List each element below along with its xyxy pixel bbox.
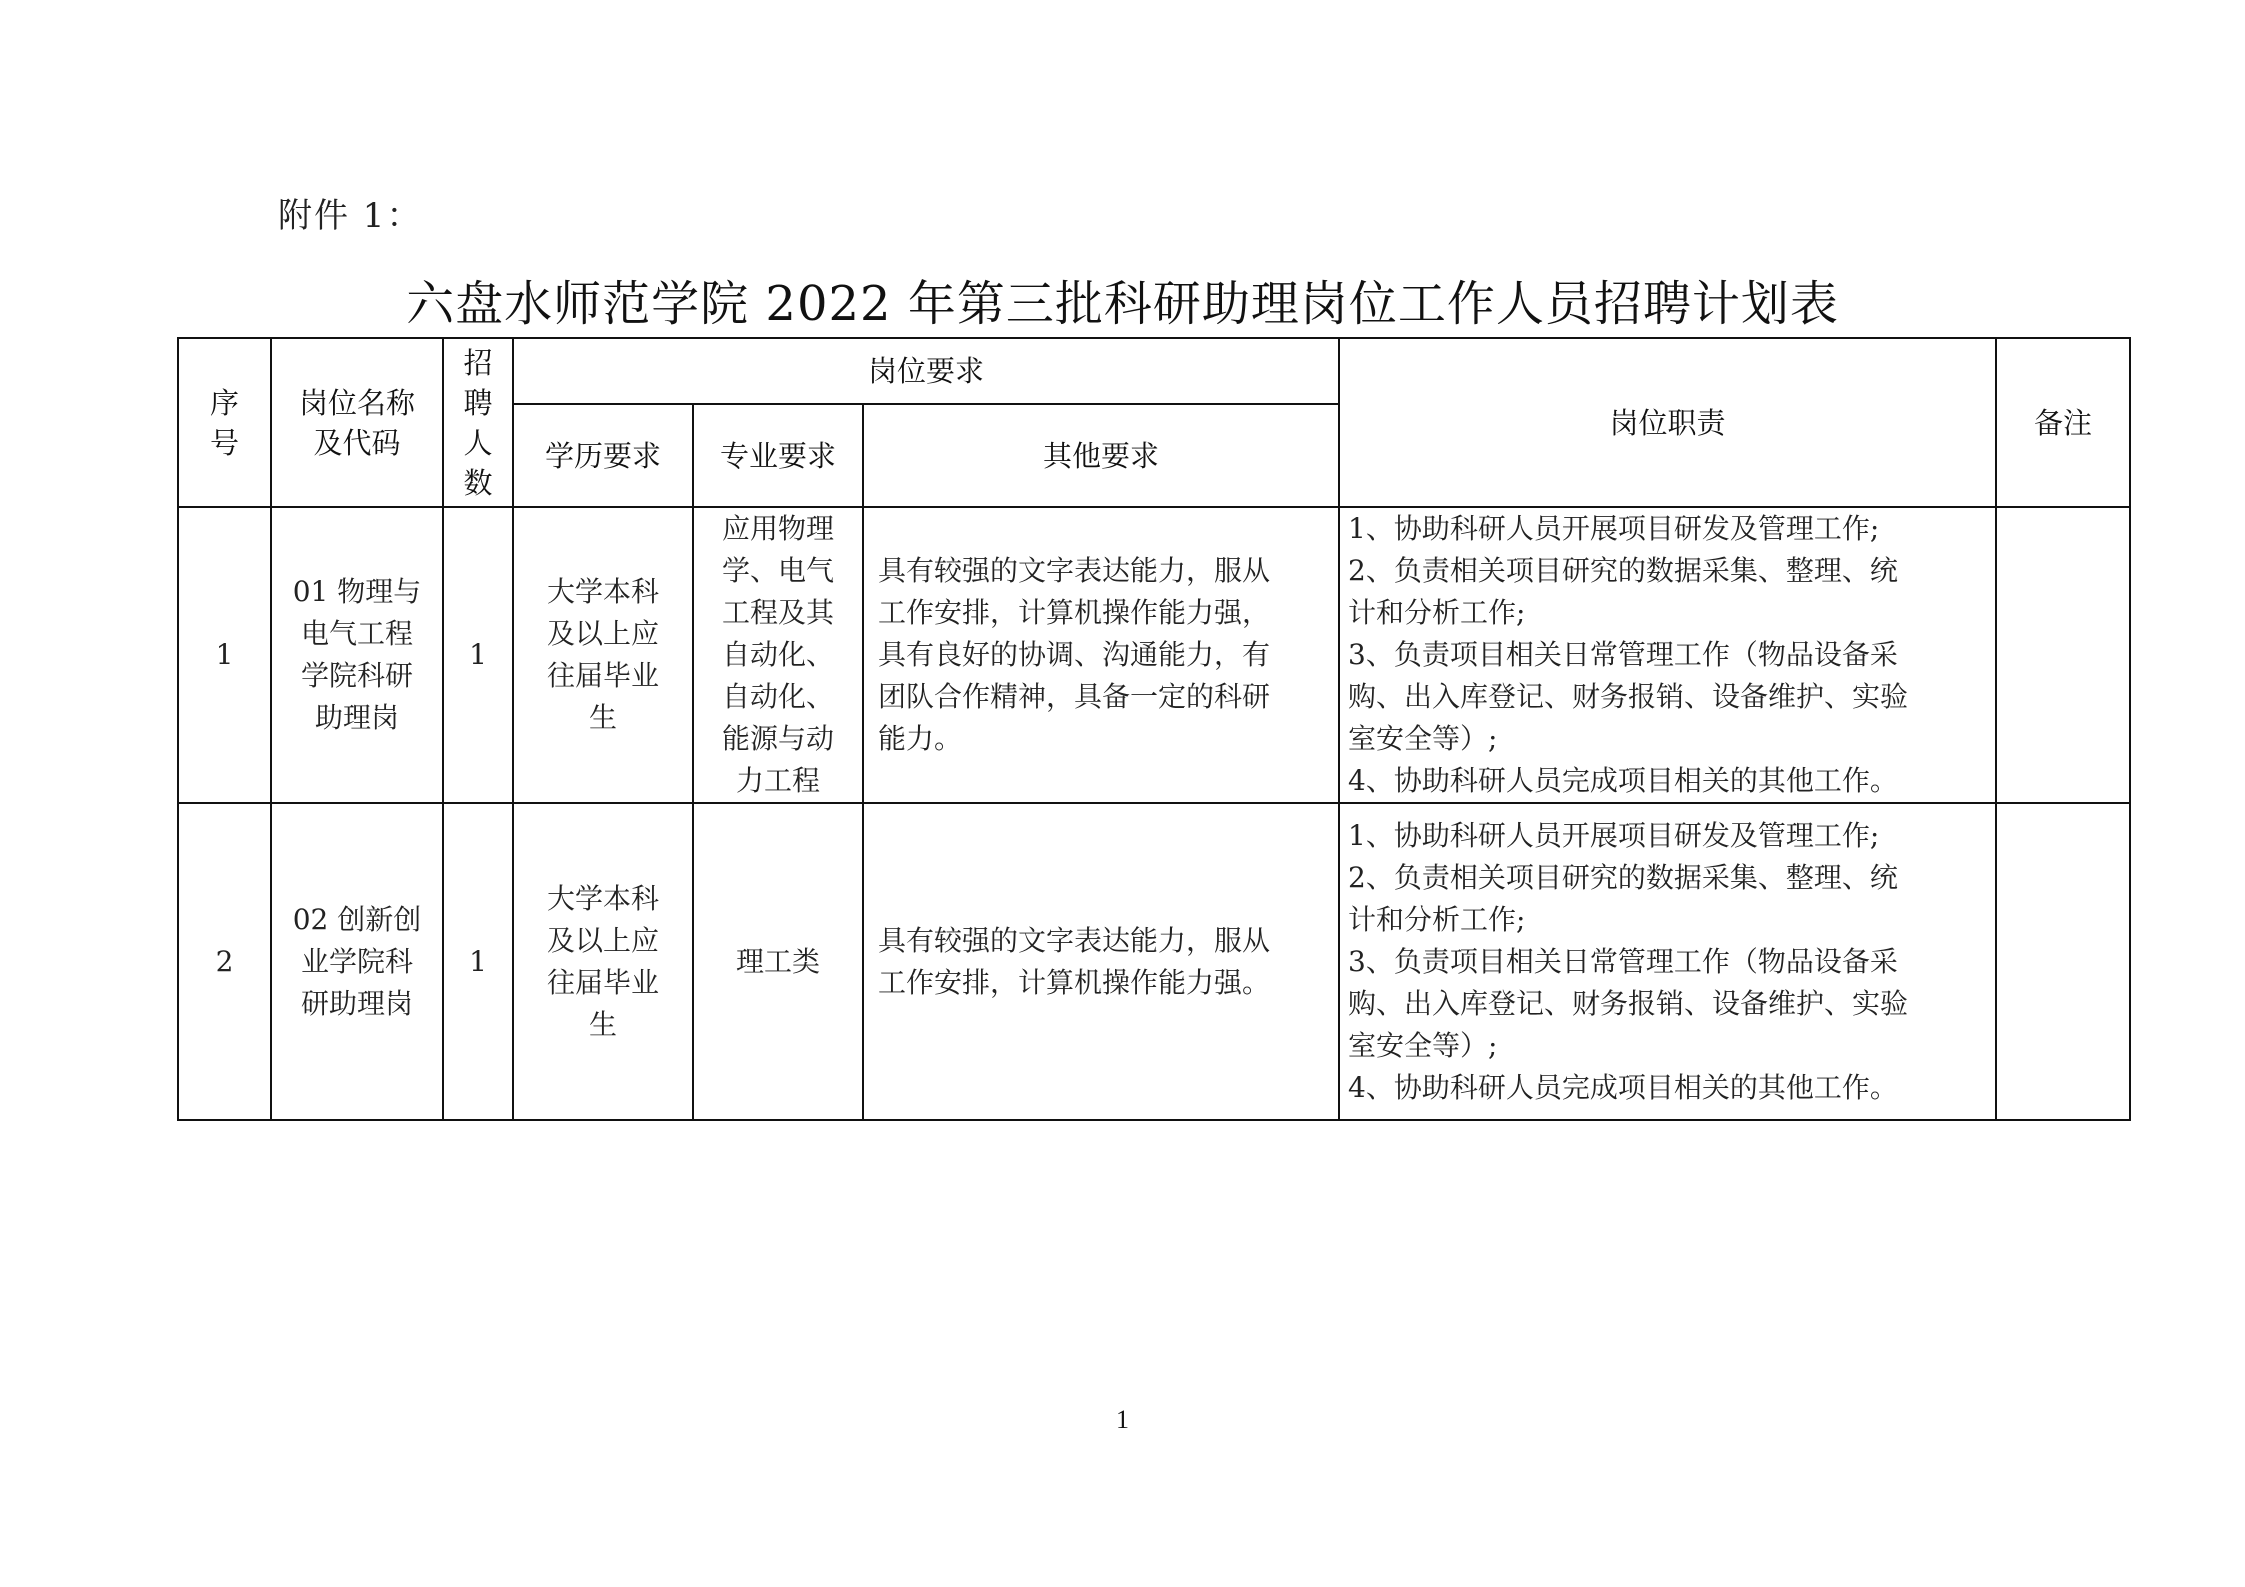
table-row: 1 01 物理与电气工程学院科研助理岗 1 大学本科及以上应往届毕业生 应用物理… [178,507,2130,803]
text-line: 购、出入库登记、财务报销、设备维护、实验 [1348,983,1987,1025]
cell-duties: 1、协助科研人员开展项目研发及管理工作;2、负责相关项目研究的数据采集、整理、统… [1339,803,1996,1120]
text-line: 具有较强的文字表达能力，服从 [878,550,1324,592]
text-line: 生 [514,697,692,739]
text-line: 具有良好的协调、沟通能力，有 [878,634,1324,676]
text-line: 01 物理与 [272,571,442,613]
header-other: 其他要求 [863,404,1339,507]
text-line: 电气工程 [272,613,442,655]
cell-other: 具有较强的文字表达能力，服从工作安排，计算机操作能力强。 [863,803,1339,1120]
text-line: 工程及其 [694,592,862,634]
text-line: 工作安排，计算机操作能力强， [878,592,1324,634]
cell-count: 1 [443,803,513,1120]
header-remarks: 备注 [1996,338,2130,507]
text-line: 业学院科 [272,941,442,983]
text-line: 室安全等）; [1348,718,1987,760]
text-line: 计和分析工作; [1348,592,1987,634]
text-line: 及代码 [272,423,442,463]
cell-duties: 1、协助科研人员开展项目研发及管理工作;2、负责相关项目研究的数据采集、整理、统… [1339,507,1996,803]
text-line: 室安全等）; [1348,1025,1987,1067]
text-line: 研助理岗 [272,983,442,1025]
cell-major: 应用物理学、电气工程及其自动化、自动化、能源与动力工程 [693,507,863,803]
cell-education: 大学本科及以上应往届毕业生 [513,803,693,1120]
cell-position: 02 创新创业学院科研助理岗 [271,803,443,1120]
text-line: 团队合作精神，具备一定的科研 [878,676,1324,718]
text-line: 大学本科 [514,878,692,920]
cell-position: 01 物理与电气工程学院科研助理岗 [271,507,443,803]
text-line: 能力。 [878,718,1324,760]
text-line: 学院科研 [272,655,442,697]
text-line: 学、电气 [694,550,862,592]
header-seq: 序号 [178,338,271,507]
cell-remarks [1996,803,2130,1120]
cell-seq: 1 [178,507,271,803]
header-position: 岗位名称及代码 [271,338,443,507]
text-line: 往届毕业 [514,655,692,697]
text-line: 自动化、 [694,676,862,718]
cell-remarks [1996,507,2130,803]
page-title: 六盘水师范学院 2022 年第三批科研助理岗位工作人员招聘计划表 [0,265,2245,334]
text-line: 序 [179,383,270,423]
text-line: 聘 [444,383,512,423]
text-line: 02 创新创 [272,899,442,941]
text-line: 及以上应 [514,613,692,655]
text-line: 招 [444,343,512,383]
cell-count: 1 [443,507,513,803]
recruitment-plan-table: 序号 岗位名称及代码 招聘人数 岗位要求 岗位职责 备注 学历要求 专业要求 其… [177,337,2131,1121]
text-line: 生 [514,1004,692,1046]
header-count: 招聘人数 [443,338,513,507]
text-line: 1、协助科研人员开展项目研发及管理工作; [1348,508,1987,550]
cell-education: 大学本科及以上应往届毕业生 [513,507,693,803]
text-line: 人 [444,423,512,463]
text-line: 1、协助科研人员开展项目研发及管理工作; [1348,815,1987,857]
text-line: 自动化、 [694,634,862,676]
text-line: 4、协助科研人员完成项目相关的其他工作。 [1348,1067,1987,1109]
text-line: 4、协助科研人员完成项目相关的其他工作。 [1348,760,1987,802]
text-line: 工作安排，计算机操作能力强。 [878,962,1324,1004]
text-line: 号 [179,423,270,463]
text-line: 岗位名称 [272,383,442,423]
text-line: 2、负责相关项目研究的数据采集、整理、统 [1348,550,1987,592]
text-line: 力工程 [694,760,862,802]
page-number: 1 [0,1405,2245,1435]
text-line: 能源与动 [694,718,862,760]
text-line: 助理岗 [272,697,442,739]
text-line: 应用物理 [694,508,862,550]
header-requirements: 岗位要求 [513,338,1339,404]
header-major: 专业要求 [693,404,863,507]
text-line: 数 [444,463,512,503]
text-line: 及以上应 [514,920,692,962]
text-line: 3、负责项目相关日常管理工作（物品设备采 [1348,941,1987,983]
cell-seq: 2 [178,803,271,1120]
text-line: 大学本科 [514,571,692,613]
text-line: 3、负责项目相关日常管理工作（物品设备采 [1348,634,1987,676]
table-row: 2 02 创新创业学院科研助理岗 1 大学本科及以上应往届毕业生 理工类 具有较… [178,803,2130,1120]
text-line: 往届毕业 [514,962,692,1004]
cell-major: 理工类 [693,803,863,1120]
header-duties: 岗位职责 [1339,338,1996,507]
text-line: 具有较强的文字表达能力，服从 [878,920,1324,962]
header-education: 学历要求 [513,404,693,507]
text-line: 购、出入库登记、财务报销、设备维护、实验 [1348,676,1987,718]
text-line: 2、负责相关项目研究的数据采集、整理、统 [1348,857,1987,899]
attachment-label: 附件 1： [278,188,422,237]
text-line: 理工类 [694,941,862,983]
cell-other: 具有较强的文字表达能力，服从工作安排，计算机操作能力强，具有良好的协调、沟通能力… [863,507,1339,803]
text-line: 计和分析工作; [1348,899,1987,941]
